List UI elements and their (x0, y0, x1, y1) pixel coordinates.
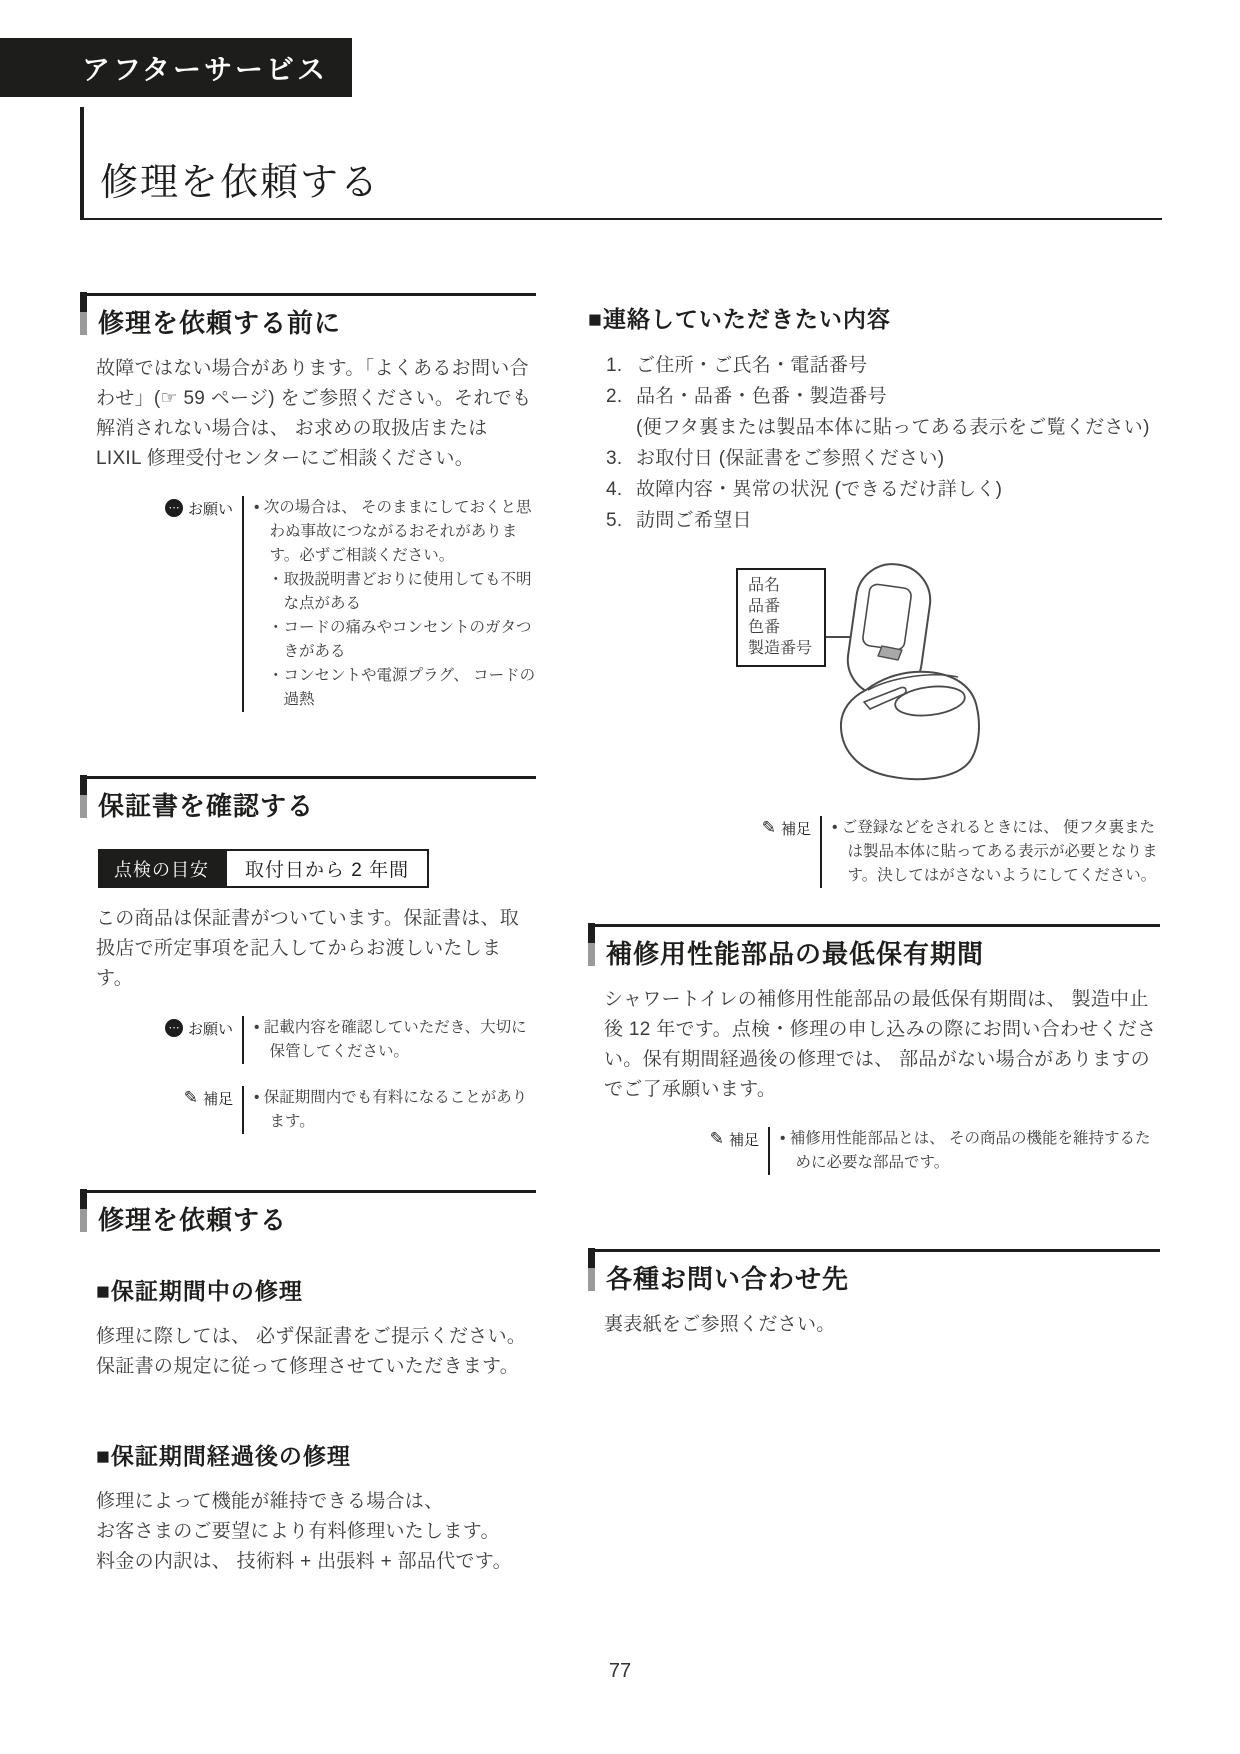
note-label-text: お願い (188, 498, 233, 519)
list-item: 3. お取付日 (保証書をご参照ください) (606, 443, 1160, 474)
section-request-repair-heading: 修理を依頼する (80, 1190, 536, 1237)
contact-info-list: 1. ご住所・ご氏名・電話番号 2. 品名・品番・色番・製造番号 (便フタ裏また… (606, 350, 1160, 536)
page-title-block: 修理を依頼する (80, 107, 1162, 220)
section-heading-text: 修理を依頼する (98, 1205, 287, 1235)
section-check-warranty-heading: 保証書を確認する (80, 776, 536, 823)
subsection-after-warranty-heading: ■保証期間経過後の修理 (96, 1438, 536, 1471)
note-text: • 次の場合は、 そのままにしておくと思わぬ事故につながるおそれがあります。必ず… (254, 496, 536, 568)
note-label-text: 補足 (729, 1129, 759, 1150)
badge-value: 取付日から 2 年間 (225, 849, 429, 888)
badge-label: 点検の目安 (98, 849, 225, 888)
hosoku-note-label: ✎ 補足 • ご登録などをされるときには、 便フタ裏または製品本体に貼ってある表… (728, 816, 1160, 888)
right-column: ■連絡していただきたい内容 1. ご住所・ご氏名・電話番号 2. 品名・品番・色… (588, 293, 1160, 1340)
section-before-repair-heading: 修理を依頼する前に (80, 293, 536, 340)
chapter-banner: アフターサービス (0, 38, 352, 97)
list-text: 品名・品番・色番・製造番号 (636, 381, 1160, 412)
before-repair-body: 故障ではない場合があります。「よくあるお問い合わせ」(☞ 59 ページ) をご参… (96, 354, 536, 474)
manual-page: アフターサービス 修理を依頼する 修理を依頼する前に 故障ではない場合があります… (0, 0, 1240, 1754)
note-label-text: 補足 (781, 818, 811, 839)
product-label-diagram: 品名 品番 色番 製造番号 (588, 562, 1160, 802)
label-line: 製造番号 (748, 638, 812, 659)
section-parts-retention-heading: 補修用性能部品の最低保有期間 (588, 924, 1160, 971)
list-item: 2. 品名・品番・色番・製造番号 (606, 381, 1160, 412)
section-inquiries-heading: 各種お問い合わせ先 (588, 1249, 1160, 1296)
section-heading-text: 各種お問い合わせ先 (606, 1264, 849, 1294)
list-item-note: (便フタ裏または製品本体に貼ってある表示をご覧ください) (636, 412, 1160, 443)
left-column: 修理を依頼する前に 故障ではない場合があります。「よくあるお問い合わせ」(☞ 5… (80, 293, 536, 1577)
list-text: 故障内容・異常の状況 (できるだけ詳しく) (636, 474, 1160, 505)
list-number: 5. (606, 505, 636, 536)
list-text: ご住所・ご氏名・電話番号 (636, 350, 1160, 381)
note-text: • 記載内容を確認していただき、大切に保管してください。 (254, 1016, 536, 1064)
onegai-note-before-repair: ⋯ お願い • 次の場合は、 そのままにしておくと思わぬ事故につながるおそれがあ… (150, 496, 536, 712)
subsection-in-warranty-heading: ■保証期間中の修理 (96, 1273, 536, 1306)
note-text: • ご登録などをされるときには、 便フタ裏または製品本体に貼ってある表示が必要と… (832, 816, 1160, 888)
label-line: 品名 (748, 575, 812, 596)
note-text: ・コードの痛みやコンセントのガタつきがある (268, 616, 536, 664)
check-warranty-body: この商品は保証書がついています。保証書は、取扱店で所定事項を記入してからお渡しい… (96, 904, 536, 994)
list-item: 1. ご住所・ご氏名・電話番号 (606, 350, 1160, 381)
list-number: 4. (606, 474, 636, 505)
list-item: 5. 訪問ご希望日 (606, 505, 1160, 536)
list-item: 4. 故障内容・異常の状況 (できるだけ詳しく) (606, 474, 1160, 505)
list-text: お取付日 (保証書をご参照ください) (636, 443, 1160, 474)
note-text: • 補修用性能部品とは、 その商品の機能を維持するために必要な部品です。 (780, 1127, 1160, 1175)
section-marker (80, 1189, 87, 1232)
note-text: ・コンセントや電源プラグ、 コードの過熱 (268, 664, 536, 712)
section-marker (588, 1248, 595, 1291)
list-text: 訪問ご希望日 (636, 505, 1160, 536)
label-line: 色番 (748, 617, 812, 638)
note-label-text: 補足 (203, 1088, 233, 1109)
inquiries-body: 裏表紙をご参照ください。 (604, 1310, 1160, 1340)
section-marker (588, 923, 595, 966)
onegai-note-warranty: ⋯ お願い • 記載内容を確認していただき、大切に保管してください。 (150, 1016, 536, 1064)
onegai-icon: ⋯ (165, 499, 183, 517)
inspection-badge: 点検の目安 取付日から 2 年間 (98, 849, 429, 888)
list-number: 3. (606, 443, 636, 474)
after-warranty-body: 修理によって機能が維持できる場合は、 お客さまのご要望により有料修理いたします。… (96, 1487, 536, 1577)
pencil-icon: ✎ (184, 1089, 198, 1106)
hosoku-note-warranty: ✎ 補足 • 保証期間内でも有料になることがあります。 (150, 1086, 536, 1134)
section-heading-text: 保証書を確認する (98, 791, 314, 821)
page-number: 77 (0, 1660, 1240, 1683)
hosoku-note-parts: ✎ 補足 • 補修用性能部品とは、 その商品の機能を維持するために必要な部品です… (676, 1127, 1160, 1175)
after-warranty-line: お客さまのご要望により有料修理いたします。 (96, 1517, 536, 1547)
section-marker (80, 775, 87, 818)
contact-info-heading: ■連絡していただきたい内容 (588, 301, 1160, 334)
note-text: • 保証期間内でも有料になることがあります。 (254, 1086, 536, 1134)
toilet-illustration (836, 562, 986, 784)
after-warranty-line: 修理によって機能が維持できる場合は、 (96, 1487, 536, 1517)
list-number: 2. (606, 381, 636, 412)
pencil-icon: ✎ (762, 819, 776, 836)
chapter-banner-label: アフターサービス (82, 48, 328, 88)
onegai-icon: ⋯ (165, 1019, 183, 1037)
section-heading-text: 補修用性能部品の最低保有期間 (606, 939, 984, 969)
after-warranty-line: 料金の内訳は、 技術料 + 出張料 + 部品代です。 (96, 1547, 536, 1577)
label-line: 品番 (748, 596, 812, 617)
page-title: 修理を依頼する (100, 151, 1162, 206)
label-box: 品名 品番 色番 製造番号 (736, 568, 826, 667)
section-marker (80, 292, 87, 335)
section-heading-text: 修理を依頼する前に (98, 308, 341, 338)
list-number: 1. (606, 350, 636, 381)
note-label-text: お願い (188, 1018, 233, 1039)
in-warranty-body: 修理に際しては、 必ず保証書をご提示ください。保証書の規定に従って修理させていた… (96, 1322, 536, 1382)
parts-retention-body: シャワートイレの補修用性能部品の最低保有期間は、 製造中止後 12 年です。点検… (604, 985, 1160, 1105)
pencil-icon: ✎ (710, 1130, 724, 1147)
note-text: ・取扱説明書どおりに使用しても不明な点がある (268, 568, 536, 616)
